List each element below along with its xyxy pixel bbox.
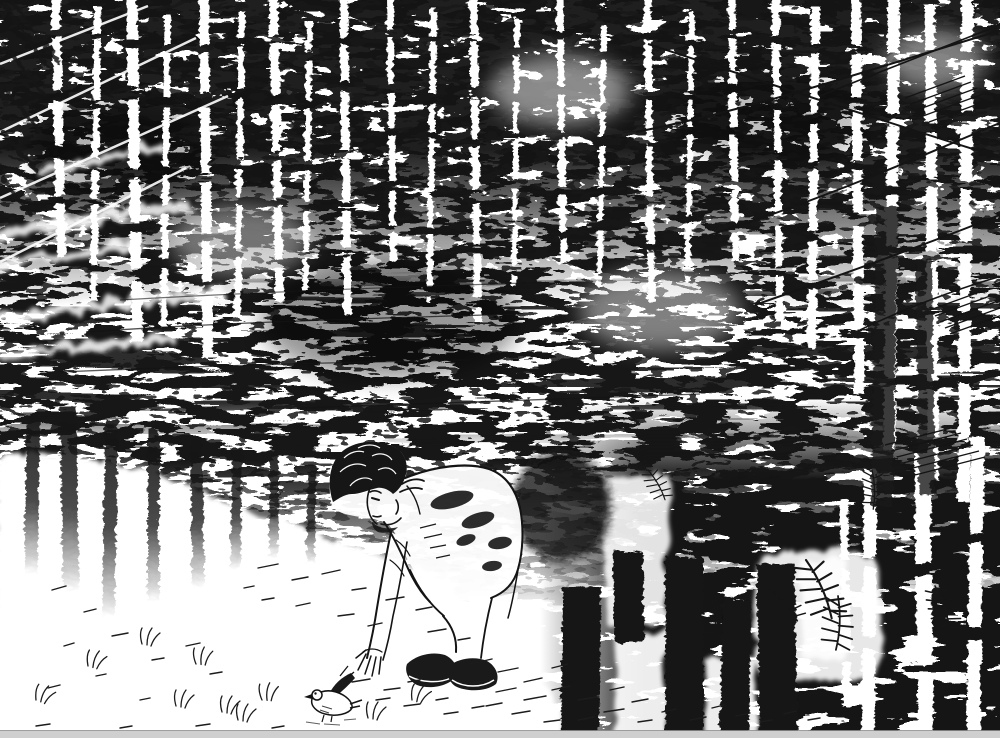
bird-eye [314,692,316,694]
artwork-page: A monochrome ink forest scene: dense dap… [0,0,1000,738]
page-edge [0,731,1000,738]
bird-head [312,690,322,700]
forest-ink-artwork: A monochrome ink forest scene: dense dap… [0,0,1000,738]
